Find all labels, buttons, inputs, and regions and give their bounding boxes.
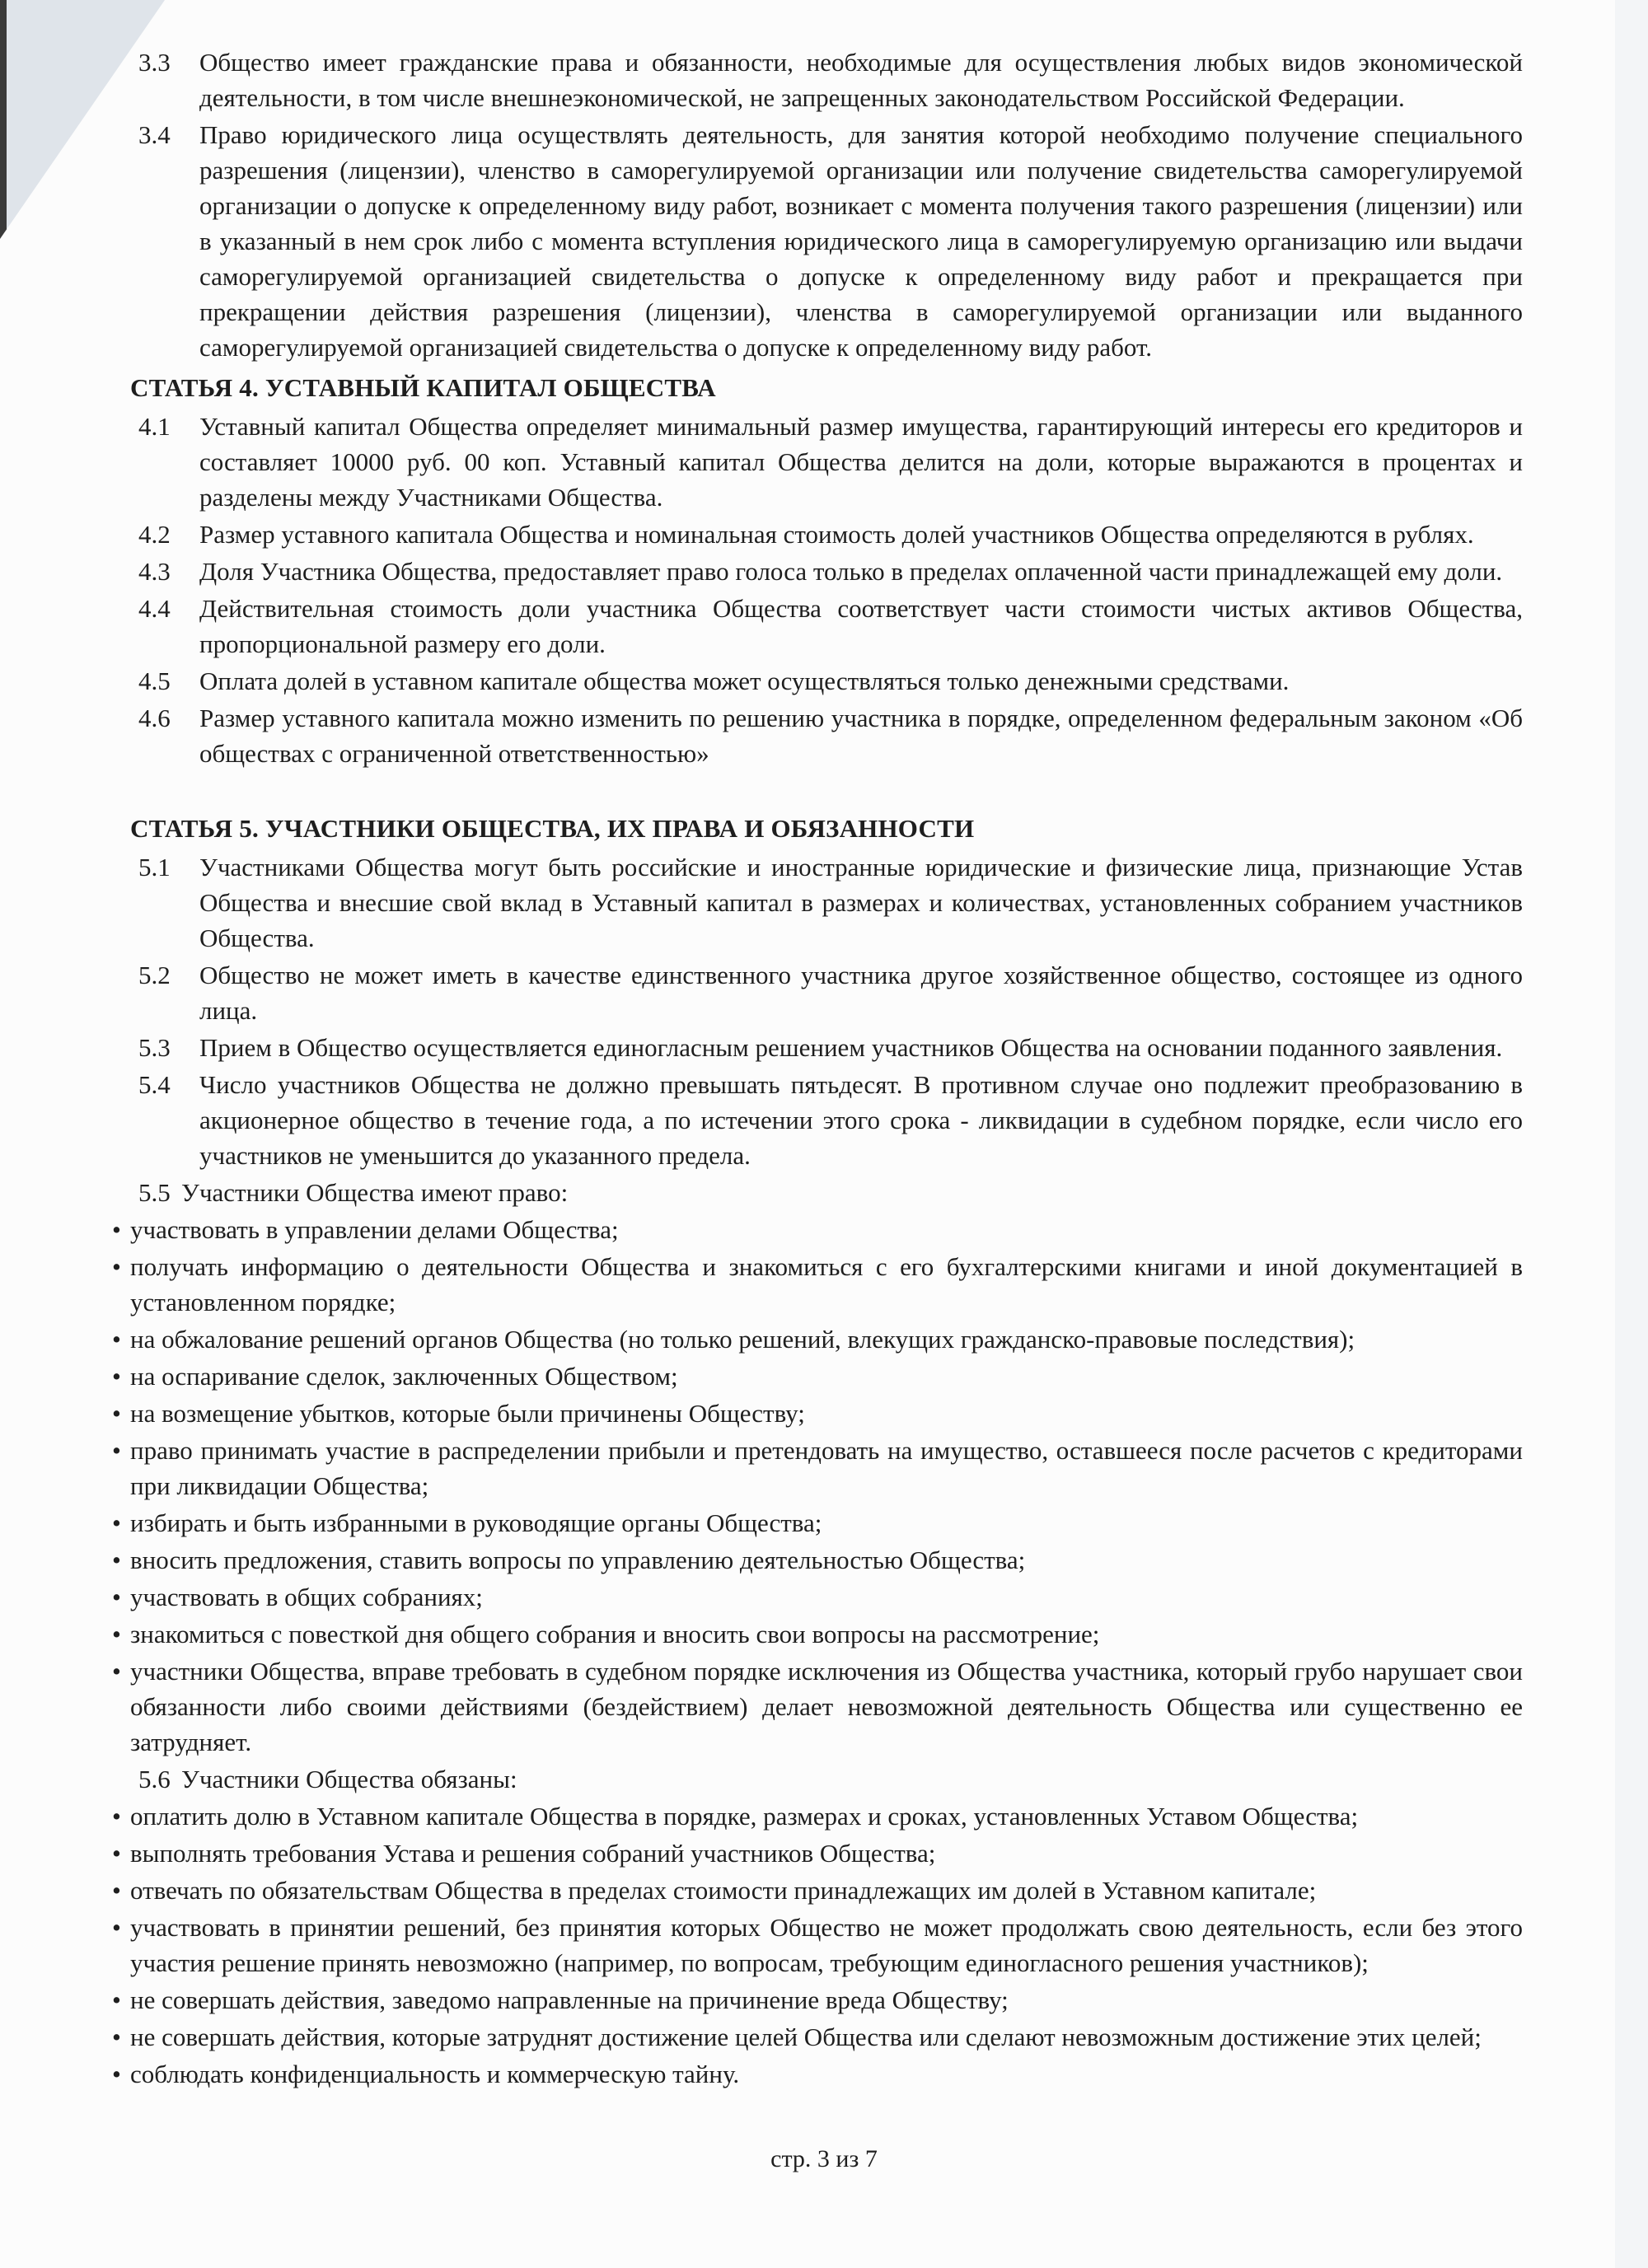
clause-text: Действительная стоимость доли участника … [199,591,1523,662]
list-item: •участники Общества, вправе требовать в … [112,1653,1523,1760]
clause-4-1: 4.1 Уставный капитал Общества определяет… [138,409,1523,515]
list-item-text: на обжалование решений органов Общества … [130,1321,1523,1357]
clause-5-4: 5.4 Число участников Общества не должно … [138,1067,1523,1173]
list-item-text: знакомиться с повесткой дня общего собра… [130,1616,1523,1652]
clause-text: Число участников Общества не должно прев… [199,1067,1523,1173]
list-item: •на обжалование решений органов Общества… [112,1321,1523,1357]
clause-5-1: 5.1 Участниками Общества могут быть росс… [138,849,1523,956]
scanner-edge [0,0,7,247]
clause-number: 4.3 [138,554,171,589]
clause-text: Прием в Общество осуществляется единогла… [199,1030,1523,1065]
clause-number: 5.4 [138,1067,171,1102]
list-item: •на оспаривание сделок, заключенных Обще… [112,1358,1523,1394]
clause-4-4: 4.4 Действительная стоимость доли участн… [138,591,1523,662]
document-body: 3.3 Общество имеет гражданские права и о… [138,44,1523,2093]
clause-5-5-title: 5.5 Участники Общества имеют право: [138,1175,1523,1210]
bullet-icon: • [112,1542,121,1578]
page-number: стр. 3 из 7 [0,2145,1648,2173]
clause-number: 5.1 [138,849,171,885]
clause-text: Право юридического лица осуществлять дея… [199,117,1523,365]
list-item-text: соблюдать конфиденциальность и коммерчес… [130,2056,1523,2092]
list-item-text: участвовать в общих собраниях; [130,1579,1523,1615]
bullet-icon: • [112,1579,121,1615]
list-item: •избирать и быть избранными в руководящи… [112,1505,1523,1541]
clause-number: 5.5 [138,1175,171,1210]
article-4-heading: СТАТЬЯ 4. УСТАВНЫЙ КАПИТАЛ ОБЩЕСТВА [130,370,1523,405]
clause-title: Участники Общества обязаны: [181,1765,517,1793]
list-item-text: отвечать по обязательствам Общества в пр… [130,1873,1523,1908]
list-item-text: оплатить долю в Уставном капитале Общест… [130,1798,1523,1834]
list-item-text: право принимать участие в распределении … [130,1433,1523,1503]
page-margin-strip [1615,0,1648,2268]
list-item: •получать информацию о деятельности Обще… [112,1249,1523,1320]
clause-number: 3.4 [138,117,171,152]
list-item: •вносить предложения, ставить вопросы по… [112,1542,1523,1578]
list-item: •участвовать в общих собраниях; [112,1579,1523,1615]
bullet-icon: • [112,1835,121,1871]
list-item-text: вносить предложения, ставить вопросы по … [130,1542,1523,1578]
list-item-text: не совершать действия, заведомо направле… [130,1982,1523,2018]
clause-text: Оплата долей в уставном капитале обществ… [199,663,1523,699]
list-item: •оплатить долю в Уставном капитале Общес… [112,1798,1523,1834]
list-item: •участвовать в управлении делами Обществ… [112,1212,1523,1247]
article-5-heading: СТАТЬЯ 5. УЧАСТНИКИ ОБЩЕСТВА, ИХ ПРАВА И… [130,811,1523,846]
bullet-icon: • [112,1505,121,1541]
clause-text: Уставный капитал Общества определяет мин… [199,409,1523,515]
list-item: •право принимать участие в распределении… [112,1433,1523,1503]
list-item-text: участвовать в принятии решений, без прин… [130,1910,1523,1980]
list-item: •не совершать действия, которые затрудня… [112,2019,1523,2055]
clause-3-4: 3.4 Право юридического лица осуществлять… [138,117,1523,365]
clause-4-5: 4.5 Оплата долей в уставном капитале общ… [138,663,1523,699]
list-item: •знакомиться с повесткой дня общего собр… [112,1616,1523,1652]
clause-5-2: 5.2 Общество не может иметь в качестве е… [138,957,1523,1028]
duties-list: •оплатить долю в Уставном капитале Общес… [138,1798,1523,2092]
clause-number: 4.1 [138,409,171,444]
clause-4-3: 4.3 Доля Участника Общества, предоставля… [138,554,1523,589]
clause-number: 3.3 [138,44,171,80]
bullet-icon: • [112,1433,121,1468]
clause-5-3: 5.3 Прием в Общество осуществляется един… [138,1030,1523,1065]
clause-text: Участниками Общества могут быть российск… [199,849,1523,956]
list-item-text: выполнять требования Устава и решения со… [130,1835,1523,1871]
list-item-text: не совершать действия, которые затруднят… [130,2019,1523,2055]
clause-number: 4.4 [138,591,171,626]
list-item-text: участвовать в управлении делами Общества… [130,1212,1523,1247]
clause-text: Размер уставного капитала Общества и ном… [199,517,1523,552]
bullet-icon: • [112,1358,121,1394]
bullet-icon: • [112,1798,121,1834]
list-item: •отвечать по обязательствам Общества в п… [112,1873,1523,1908]
clause-text: Общество не может иметь в качестве единс… [199,957,1523,1028]
bullet-icon: • [112,1910,121,1945]
clause-number: 4.2 [138,517,171,552]
clause-4-2: 4.2 Размер уставного капитала Общества и… [138,517,1523,552]
list-item-text: избирать и быть избранными в руководящие… [130,1505,1523,1541]
bullet-icon: • [112,1653,121,1689]
list-item: •на возмещение убытков, которые были при… [112,1396,1523,1431]
section-spacer [138,773,1523,806]
clause-5-6-title: 5.6 Участники Общества обязаны: [138,1761,1523,1797]
list-item-text: на возмещение убытков, которые были прич… [130,1396,1523,1431]
clause-number: 4.6 [138,700,171,736]
clause-text: Доля Участника Общества, предоставляет п… [199,554,1523,589]
list-item-text: получать информацию о деятельности Общес… [130,1249,1523,1320]
bullet-icon: • [112,1212,121,1247]
clause-text: Общество имеет гражданские права и обяза… [199,44,1523,115]
bullet-icon: • [112,1396,121,1431]
clause-title: Участники Общества имеют право: [181,1178,568,1207]
bullet-icon: • [112,1616,121,1652]
list-item-text: на оспаривание сделок, заключенных Общес… [130,1358,1523,1394]
list-item: •соблюдать конфиденциальность и коммерче… [112,2056,1523,2092]
clause-number: 5.2 [138,957,171,993]
list-item-text: участники Общества, вправе требовать в с… [130,1653,1523,1760]
bullet-icon: • [112,2056,121,2092]
bullet-icon: • [112,1321,121,1357]
rights-list: •участвовать в управлении делами Обществ… [138,1212,1523,1760]
list-item: •не совершать действия, заведомо направл… [112,1982,1523,2018]
clause-3-3: 3.3 Общество имеет гражданские права и о… [138,44,1523,115]
bullet-icon: • [112,1249,121,1284]
clause-number: 5.3 [138,1030,171,1065]
clause-4-6: 4.6 Размер уставного капитала можно изме… [138,700,1523,771]
bullet-icon: • [112,2019,121,2055]
bullet-icon: • [112,1982,121,2018]
clause-number: 5.6 [138,1761,171,1797]
clause-number: 4.5 [138,663,171,699]
list-item: •участвовать в принятии решений, без при… [112,1910,1523,1980]
list-item: •выполнять требования Устава и решения с… [112,1835,1523,1871]
bullet-icon: • [112,1873,121,1908]
article-4: 4.1 Уставный капитал Общества определяет… [138,409,1523,771]
clause-text: Размер уставного капитала можно изменить… [199,700,1523,771]
